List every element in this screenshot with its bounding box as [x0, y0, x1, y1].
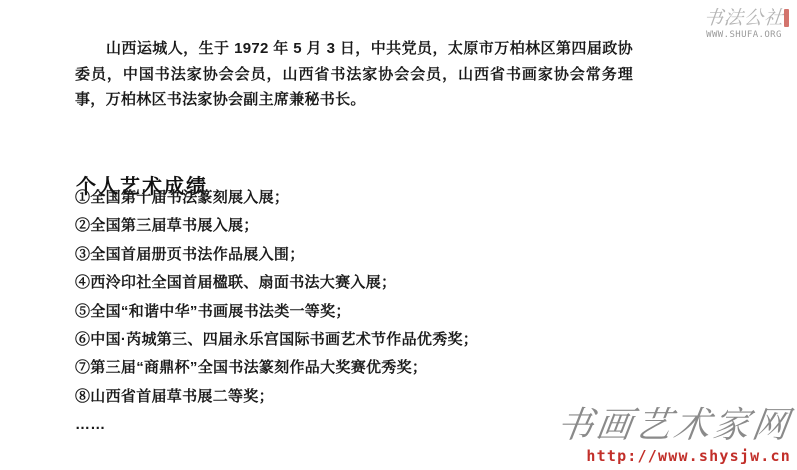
achievement-item: ①全国第十届书法篆刻展入展； — [75, 184, 715, 212]
achievement-item: ③全国首届册页书法作品展入围； — [75, 241, 715, 269]
achievement-item: ④西泠印社全国首届楹联、扇面书法大赛入展； — [75, 269, 715, 297]
bio-paragraph: 山西运城人，生于 1972 年 5 月 3 日，中共党员，太原市万柏林区第四届政… — [75, 36, 633, 113]
shysjw-site-url: http://www.shysjw.cn — [557, 448, 791, 464]
achievement-item: ⑦第三届“商鼎杯”全国书法篆刻作品大奖赛优秀奖； — [75, 354, 715, 382]
shufa-site-url: WWW.SHUFA.ORG — [701, 30, 787, 41]
achievement-list: ①全国第十届书法篆刻展入展； ②全国第三届草书展入展； ③全国首届册页书法作品展… — [75, 184, 715, 440]
achievement-item: ⑥中国·芮城第三、四届永乐宫国际书画艺术节作品优秀奖； — [75, 326, 715, 354]
red-seal-icon — [784, 9, 789, 27]
shufa-logo-calligraphy: 书法公社 — [703, 7, 785, 30]
achievement-item: ⑤全国“和谐中华”书画展书法类一等奖； — [75, 298, 715, 326]
shysjw-logo-calligraphy: 书画艺术家网 — [554, 406, 794, 446]
shufa-watermark: 书法公社 WWW.SHUFA.ORG — [701, 7, 787, 41]
achievement-item: ②全国第三届草书展入展； — [75, 212, 715, 240]
document-page: 山西运城人，生于 1972 年 5 月 3 日，中共党员，太原市万柏林区第四届政… — [0, 0, 797, 470]
shysjw-watermark: 书画艺术家网 http://www.shysjw.cn — [557, 406, 791, 464]
